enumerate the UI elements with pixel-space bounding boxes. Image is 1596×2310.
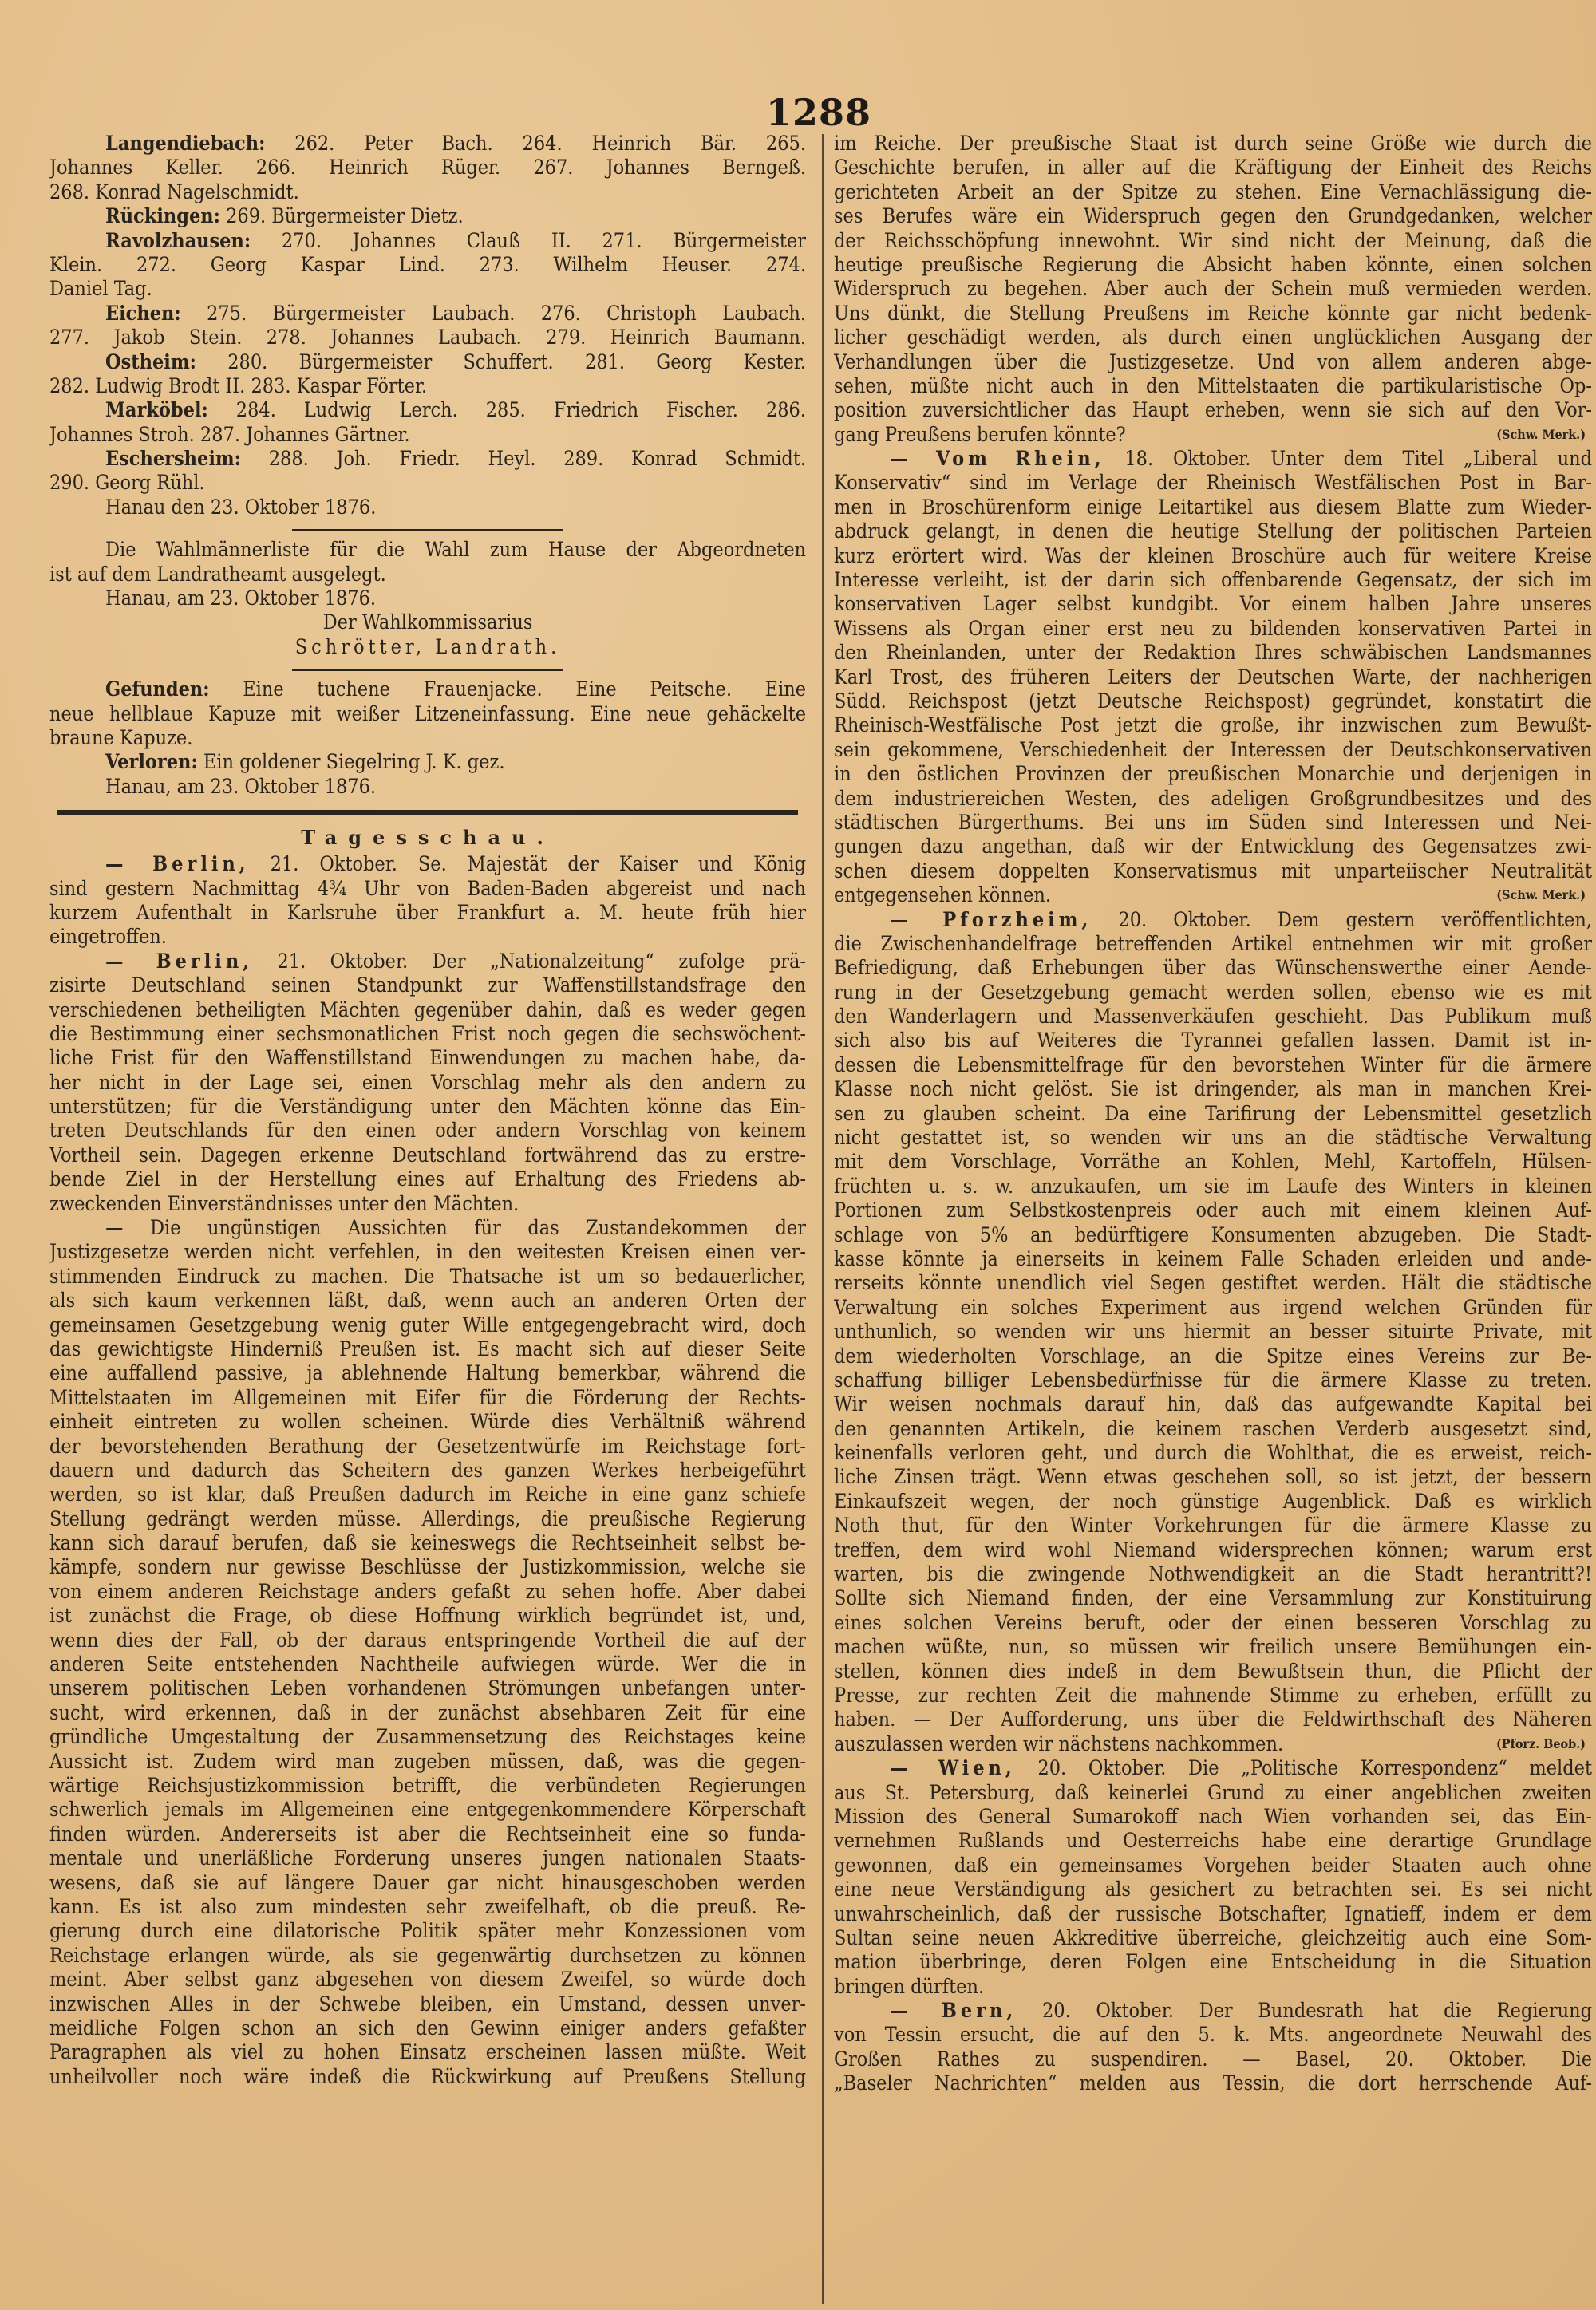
source-citation: (Schw. Merk.)	[1496, 883, 1586, 907]
list-item: Langendiebach: 262. Peter Bach. 264. Hei…	[49, 132, 806, 156]
section-rule	[57, 810, 798, 815]
place-name: Marköbel:	[105, 398, 208, 421]
found-line: braune Kapuze.	[49, 726, 806, 750]
notice-date: Hanau, am 23. Oktober 1876.	[49, 586, 806, 610]
list-line: 277. Jakob Stein. 278. Johannes Laubach.…	[49, 326, 806, 349]
left-column: Langendiebach: 262. Peter Bach. 264. Hei…	[49, 132, 806, 2089]
lost-label: Verloren:	[105, 750, 198, 773]
notice-text: Die Wahlmännerliste für die Wahl zum Hau…	[49, 538, 806, 562]
found-line: neue hellblaue Kapuze mit weißer Litzene…	[49, 702, 806, 726]
right-column: im Reiche. Der preußische Staat ist durc…	[834, 132, 1592, 2096]
list-item: Ravolzhausen: 270. Johannes Clauß II. 27…	[49, 229, 806, 253]
dateline: — Berlin,	[105, 852, 250, 875]
article-berlin-1: — Berlin, 21. Oktober. Se. Majestät der …	[49, 852, 806, 950]
lost-line: Verloren: Ein goldener Siegelring J. K. …	[49, 750, 806, 774]
dateline: — Pforzheim,	[890, 908, 1092, 931]
signature-name: Schrötter, Landrath.	[49, 635, 806, 659]
dateline: — Berlin,	[105, 950, 253, 973]
notice-text: ist auf dem Landratheamt ausgelegt.	[49, 563, 806, 586]
found-line: Gefunden: Eine tuchene Frauenjacke. Eine…	[49, 677, 806, 701]
column-divider	[822, 134, 824, 2304]
page-number: 1288	[766, 91, 871, 134]
list-line: Johannes Stroh. 287. Johannes Gärtner.	[49, 423, 806, 447]
article-continuation: im Reiche. Der preußische Staat ist durc…	[834, 132, 1592, 447]
place-name: Eschersheim:	[105, 447, 241, 470]
place-name: Ostheim:	[105, 350, 196, 373]
dateline: —	[105, 1216, 124, 1239]
found-lost-date: Hanau, am 23. Oktober 1876.	[49, 775, 806, 799]
article-vom-rhein: — Vom Rhein, 18. Oktober. Unter dem Tite…	[834, 447, 1592, 907]
list-line: 268. Konrad Nagelschmidt.	[49, 180, 806, 204]
list-line: Klein. 272. Georg Kaspar Lind. 273. Wilh…	[49, 253, 806, 277]
list-line: 290. Georg Rühl.	[49, 471, 806, 495]
notice-block: Die Wahlmännerliste für die Wahl zum Hau…	[49, 538, 806, 659]
place-name: Eichen:	[105, 302, 181, 325]
separator-rule	[292, 669, 563, 671]
found-label: Gefunden:	[105, 677, 210, 701]
place-name: Rückingen:	[105, 204, 220, 227]
article-berlin-2: — Berlin, 21. Oktober. Der „Nationalzeit…	[49, 950, 806, 1216]
dateline: — Wien,	[890, 1756, 1016, 1779]
list-line: Johannes Keller. 266. Heinrich Rüger. 26…	[49, 156, 806, 180]
separator-rule	[292, 529, 563, 531]
article-justice-laws: — Die ungünstigen Aussichten für das Zus…	[49, 1216, 806, 2089]
signature-title: Der Wahlkommissarius	[49, 610, 806, 634]
list-item: Ostheim: 280. Bürgermeister Schuffert. 2…	[49, 350, 806, 374]
dateline: — Vom Rhein,	[890, 447, 1105, 470]
found-lost-block: Gefunden: Eine tuchene Frauenjacke. Eine…	[49, 677, 806, 799]
election-list: Langendiebach: 262. Peter Bach. 264. Hei…	[49, 132, 806, 519]
list-item: Marköbel: 284. Ludwig Lerch. 285. Friedr…	[49, 398, 806, 422]
list-item: Rückingen: 269. Bürgermeister Dietz.	[49, 204, 806, 228]
list-line: 282. Ludwig Brodt II. 283. Kaspar Förter…	[49, 374, 806, 398]
article-bern: — Bern, 20. Oktober. Der Bundesrath hat …	[834, 1999, 1592, 2096]
section-heading: Tagesschau.	[49, 823, 806, 852]
article-pforzheim: — Pforzheim, 20. Oktober. Dem gestern ve…	[834, 908, 1592, 1757]
source-citation: (Schw. Merk.)	[1496, 423, 1586, 447]
place-name: Langendiebach:	[105, 132, 265, 155]
dateline: — Bern,	[890, 1999, 1017, 2022]
source-citation: (Pforz. Beob.)	[1496, 1732, 1586, 1756]
place-name: Ravolzhausen:	[105, 229, 251, 252]
list-date: Hanau den 23. Oktober 1876.	[49, 496, 806, 519]
list-item: Eichen: 275. Bürgermeister Laubach. 276.…	[49, 302, 806, 326]
list-line: Daniel Tag.	[49, 277, 806, 301]
article-wien: — Wien, 20. Oktober. Die „Politische Kor…	[834, 1756, 1592, 1999]
list-item: Eschersheim: 288. Joh. Friedr. Heyl. 289…	[49, 447, 806, 471]
